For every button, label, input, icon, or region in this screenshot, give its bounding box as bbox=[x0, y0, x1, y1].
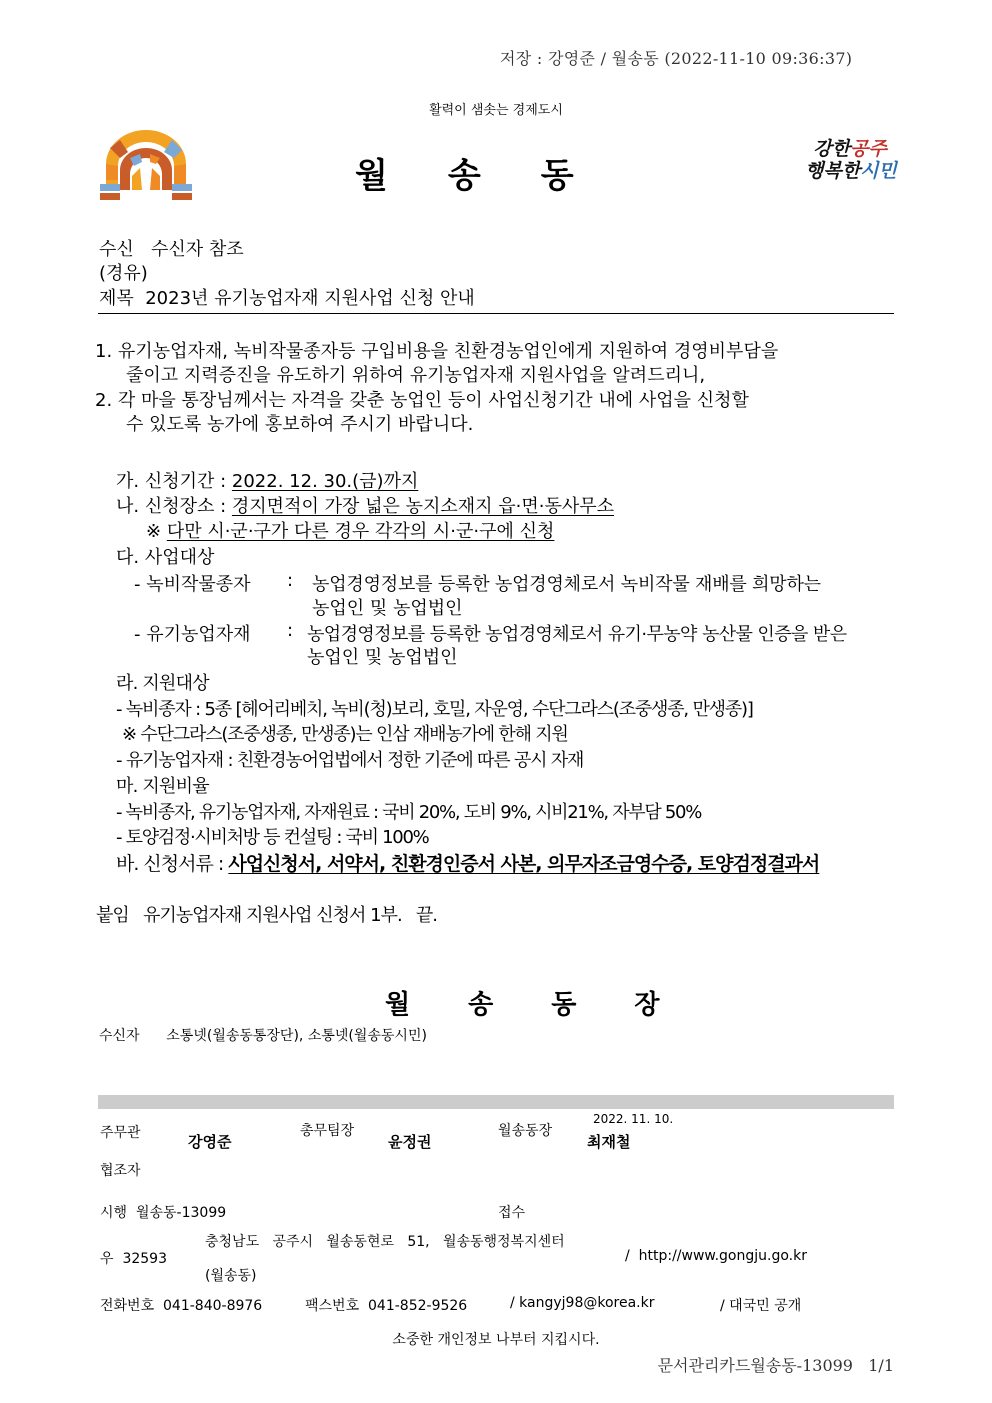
org-title: 월송동 bbox=[355, 148, 634, 197]
recipient-value: 수신자 참조 bbox=[151, 239, 244, 260]
item-label: 나. 신청장소 : bbox=[116, 496, 226, 517]
logo-text-gongju: 공주 bbox=[850, 138, 887, 160]
item-ra-label: 라. 지원대상 bbox=[116, 669, 209, 695]
item-value: 사업신청서, 서약서, 친환경인증서 사본, 의무자조금영수증, 토양검정결과서 bbox=[228, 853, 819, 875]
subject-label: 제목 bbox=[99, 288, 134, 309]
ma-row-1: - 녹비종자, 유기농업자재, 자재원료 : 국비 20%, 도비 9%, 시비… bbox=[116, 798, 701, 824]
website-link[interactable]: / http://www.gongju.go.kr bbox=[625, 1248, 807, 1264]
paragraph-text: 각 마을 통장님께서는 자격을 갖춘 농업인 등이 사업신청기간 내에 사업을 … bbox=[118, 390, 749, 411]
address-line2: (월송동) bbox=[205, 1265, 257, 1285]
item-label: 가. 신청기간 : bbox=[116, 471, 226, 492]
paragraph-2-line2: 수 있도록 농가에 홍보하여 주시기 바랍니다. bbox=[126, 410, 473, 436]
item-ma-label: 마. 지원비율 bbox=[116, 772, 209, 798]
recipient-label: 수신 bbox=[99, 239, 134, 260]
approval-date: 2022. 11. 10. bbox=[593, 1112, 673, 1126]
end-mark: 끝. bbox=[416, 905, 437, 926]
da-row-1-line1: 농업경영정보를 등록한 농업경영체로서 녹비작물 재배를 희망하는 bbox=[312, 570, 821, 596]
phone-line: 전화번호 041-840-8976 bbox=[100, 1295, 262, 1315]
zip-line: 우 32593 bbox=[100, 1248, 167, 1268]
approval-bar bbox=[98, 1095, 894, 1109]
ra-row-2: - 유기농업자재 : 친환경농어업법에서 정한 기준에 따른 공시 자재 bbox=[116, 746, 583, 772]
da-row-1: - 녹비작물종자 bbox=[134, 570, 251, 596]
ma-row-2: - 토양검정·시비처방 등 컨설팅 : 국비 100% bbox=[116, 823, 428, 849]
item-value: 경지면적이 가장 넓은 농지소재지 읍·면·동사무소 bbox=[232, 496, 614, 517]
subject-value: 2023년 유기농업자재 지원사업 신청 안내 bbox=[145, 288, 475, 309]
enforce-line: 시행 월송동-13099 bbox=[100, 1202, 226, 1222]
approval-name-1: 강영준 bbox=[188, 1131, 231, 1152]
item-ga: 가. 신청기간 : 2022. 12. 30.(금)까지 bbox=[116, 467, 418, 493]
da-row-2: - 유기농업자재 bbox=[134, 620, 251, 646]
item-label: 바. 신청서류 : bbox=[116, 853, 223, 875]
zip-value: 32593 bbox=[122, 1251, 167, 1267]
save-stamp: 저장 : 강영준 / 월송동 (2022-11-10 09:36:37) bbox=[500, 46, 852, 69]
fax-label: 팩스번호 bbox=[305, 1298, 359, 1314]
approval-name-3: 최재철 bbox=[587, 1131, 630, 1152]
paragraph-text: 유기농업자재, 녹비작물종자등 구입비용을 친환경농업인에게 지원하여 경영비부… bbox=[118, 341, 778, 362]
subject-line: 제목 2023년 유기농업자재 지원사업 신청 안내 bbox=[99, 288, 475, 310]
paragraph-1-line1: 1. 유기농업자재, 녹비작물종자등 구입비용을 친환경농업인에게 지원하여 경… bbox=[95, 337, 778, 363]
logo-text-happy: 행복한 bbox=[805, 160, 860, 182]
dash: - bbox=[134, 574, 141, 595]
header-divider bbox=[98, 313, 894, 314]
ra-row-1: - 녹비종자 : 5종 [헤어리베치, 녹비(청)보리, 호밀, 자운영, 수단… bbox=[116, 695, 753, 721]
receipt-label: 접수 bbox=[498, 1202, 525, 1222]
paragraph-number: 2. bbox=[95, 390, 112, 411]
paragraph-2-line1: 2. 각 마을 통장님께서는 자격을 갖춘 농업인 등이 사업신청기간 내에 사… bbox=[95, 386, 749, 412]
privacy-notice: 소중한 개인정보 나부터 지킵시다. bbox=[0, 1329, 992, 1349]
via-line: (경유) bbox=[99, 263, 148, 285]
target-name: 유기농업자재 bbox=[146, 624, 250, 645]
disclosure: / 대국민 공개 bbox=[720, 1295, 801, 1315]
city-slogan-logo: 강한공주 행복한시민 bbox=[805, 138, 895, 194]
attachment-line: 붙임 유기농업자재 지원사업 신청서 1부. 끝. bbox=[96, 901, 437, 927]
item-ba: 바. 신청서류 : 사업신청서, 서약서, 친환경인증서 사본, 의무자조금영수… bbox=[116, 849, 819, 876]
slogan: 활력이 샘솟는 경제도시 bbox=[0, 99, 992, 118]
paragraph-1-line2: 줄이고 지력증진을 유도하기 위하여 유기농업자재 지원사업을 알려드리니, bbox=[126, 361, 705, 387]
cooperator-label: 협조자 bbox=[100, 1160, 141, 1180]
recipients-label: 수신자 bbox=[99, 1028, 140, 1044]
paragraph-number: 1. bbox=[95, 341, 112, 362]
item-da-label: 다. 사업대상 bbox=[116, 543, 214, 569]
recipients-line: 수신자 소통넷(월송동통장단), 소통넷(월송동시민) bbox=[99, 1025, 427, 1045]
da-row-1-line2: 농업인 및 농업법인 bbox=[312, 594, 463, 620]
item-value: 2022. 12. 30.(금)까지 bbox=[232, 471, 418, 492]
item-na-note: ※ 다만 시·군·구가 다른 경우 각각의 시·군·구에 신청 bbox=[146, 517, 554, 543]
target-name: 녹비작물종자 bbox=[146, 574, 250, 595]
item-na: 나. 신청장소 : 경지면적이 가장 넓은 농지소재지 읍·면·동사무소 bbox=[116, 492, 614, 518]
attachment-label: 붙임 bbox=[96, 905, 129, 926]
approval-role-3: 월송동장 bbox=[498, 1120, 552, 1140]
doc-card: 문서관리카드월송동-13099 1/1 bbox=[658, 1353, 894, 1376]
approval-role-2: 총무팀장 bbox=[300, 1120, 354, 1140]
logo-text-strong: 강한 bbox=[813, 138, 850, 160]
da-row-2-sep: : bbox=[287, 620, 293, 641]
enforce-label: 시행 bbox=[100, 1205, 127, 1221]
signature-title: 월송동장 bbox=[385, 984, 717, 1021]
recipients-value: 소통넷(월송동통장단), 소통넷(월송동시민) bbox=[166, 1028, 427, 1044]
approval-name-2: 윤정권 bbox=[388, 1131, 431, 1152]
zip-label: 우 bbox=[100, 1251, 114, 1267]
recipient-line: 수신 수신자 참조 bbox=[99, 239, 244, 261]
email-link[interactable]: / kangyj98@korea.kr bbox=[510, 1295, 654, 1311]
fax-line: 팩스번호 041-852-9526 bbox=[305, 1295, 467, 1315]
phone-label: 전화번호 bbox=[100, 1298, 154, 1314]
da-row-2-line2: 농업인 및 농업법인 bbox=[307, 643, 458, 669]
fax-value: 041-852-9526 bbox=[368, 1298, 467, 1314]
attachment-value: 유기농업자재 지원사업 신청서 1부. bbox=[143, 905, 402, 926]
arch-logo-icon bbox=[98, 128, 194, 204]
phone-value: 041-840-8976 bbox=[163, 1298, 262, 1314]
ra-note: ※ 수단그라스(조중생종, 만생종)는 인삼 재배농가에 한해 지원 bbox=[122, 720, 568, 746]
logo-text-citizen: 시민 bbox=[860, 160, 897, 182]
dash: - bbox=[134, 624, 141, 645]
approval-role-1: 주무관 bbox=[100, 1122, 141, 1142]
note-text: 다만 시·군·구가 다른 경우 각각의 시·군·구에 신청 bbox=[167, 521, 555, 542]
enforce-value: 월송동-13099 bbox=[136, 1205, 226, 1221]
da-row-1-sep: : bbox=[287, 570, 293, 591]
address-line1: 충청남도 공주시 월송동현로 51, 월송동행정복지센터 bbox=[205, 1231, 565, 1251]
note-mark: ※ bbox=[146, 521, 161, 542]
